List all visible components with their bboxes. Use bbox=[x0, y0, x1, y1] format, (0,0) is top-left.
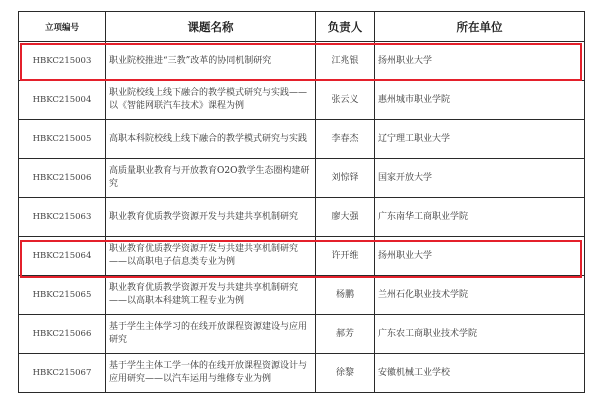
cell-project-title: 高质量职业教育与开放教育O2O教学生态圈构建研究 bbox=[106, 159, 316, 198]
cell-unit: 安徽机械工业学校 bbox=[375, 354, 585, 393]
cell-project-id: HBKC215066 bbox=[19, 315, 106, 354]
table-row: HBKC215006 高质量职业教育与开放教育O2O教学生态圈构建研究 刘惊铎 … bbox=[19, 159, 585, 198]
cell-lead: 张云义 bbox=[316, 81, 375, 120]
cell-lead: 江兆银 bbox=[316, 42, 375, 81]
header-project-title: 课题名称 bbox=[106, 12, 316, 42]
table-row: HBKC215066 基于学生主体学习的在线开放课程资源建设与应用研究 郝芳 广… bbox=[19, 315, 585, 354]
table-row: HBKC215067 基于学生主体工学一体的在线开放课程资源设计与应用研究——以… bbox=[19, 354, 585, 393]
cell-project-id: HBKC215005 bbox=[19, 120, 106, 159]
header-lead: 负责人 bbox=[316, 12, 375, 42]
cell-unit: 国家开放大学 bbox=[375, 159, 585, 198]
cell-unit: 辽宁理工职业大学 bbox=[375, 120, 585, 159]
cell-project-id: HBKC215063 bbox=[19, 198, 106, 237]
cell-project-id: HBKC215004 bbox=[19, 81, 106, 120]
table-row: HBKC215063 职业教育优质教学资源开发与共建共享机制研究 廖大强 广东南… bbox=[19, 198, 585, 237]
cell-project-id: HBKC215064 bbox=[19, 237, 106, 276]
cell-lead: 许开维 bbox=[316, 237, 375, 276]
header-unit: 所在单位 bbox=[375, 12, 585, 42]
project-table: 立项编号 课题名称 负责人 所在单位 HBKC215003 职业院校推进“三教”… bbox=[18, 11, 585, 393]
table-row: HBKC215064 职业教育优质教学资源开发与共建共享机制研究——以高职电子信… bbox=[19, 237, 585, 276]
table-row: HBKC215004 职业院校线上线下融合的教学模式研究与实践——以《智能网联汽… bbox=[19, 81, 585, 120]
cell-unit: 广东农工商职业技术学院 bbox=[375, 315, 585, 354]
cell-lead: 杨鹏 bbox=[316, 276, 375, 315]
cell-project-title: 基于学生主体工学一体的在线开放课程资源设计与应用研究——以汽车运用与维修专业为例 bbox=[106, 354, 316, 393]
cell-project-title: 职业教育优质教学资源开发与共建共享机制研究——以高职电子信息类专业为例 bbox=[106, 237, 316, 276]
cell-unit: 扬州职业大学 bbox=[375, 42, 585, 81]
cell-project-title: 职业教育优质教学资源开发与共建共享机制研究 bbox=[106, 198, 316, 237]
cell-project-id: HBKC215067 bbox=[19, 354, 106, 393]
cell-project-id: HBKC215003 bbox=[19, 42, 106, 81]
cell-lead: 李春杰 bbox=[316, 120, 375, 159]
cell-lead: 郝芳 bbox=[316, 315, 375, 354]
cell-unit: 惠州城市职业学院 bbox=[375, 81, 585, 120]
cell-project-title: 职业院校推进“三教”改革的协同机制研究 bbox=[106, 42, 316, 81]
cell-unit: 广东南华工商职业学院 bbox=[375, 198, 585, 237]
table-header-row: 立项编号 课题名称 负责人 所在单位 bbox=[19, 12, 585, 42]
cell-unit: 兰州石化职业技术学院 bbox=[375, 276, 585, 315]
cell-lead: 刘惊铎 bbox=[316, 159, 375, 198]
cell-project-id: HBKC215006 bbox=[19, 159, 106, 198]
cell-lead: 徐黎 bbox=[316, 354, 375, 393]
table-row: HBKC215065 职业教育优质教学资源开发与共建共享机制研究——以高职本科建… bbox=[19, 276, 585, 315]
cell-project-id: HBKC215065 bbox=[19, 276, 106, 315]
cell-project-title: 职业教育优质教学资源开发与共建共享机制研究——以高职本科建筑工程专业为例 bbox=[106, 276, 316, 315]
cell-project-title: 高职本科院校线上线下融合的教学模式研究与实践 bbox=[106, 120, 316, 159]
cell-lead: 廖大强 bbox=[316, 198, 375, 237]
cell-project-title: 职业院校线上线下融合的教学模式研究与实践——以《智能网联汽车技术》课程为例 bbox=[106, 81, 316, 120]
cell-unit: 扬州职业大学 bbox=[375, 237, 585, 276]
table-row: HBKC215005 高职本科院校线上线下融合的教学模式研究与实践 李春杰 辽宁… bbox=[19, 120, 585, 159]
table-row: HBKC215003 职业院校推进“三教”改革的协同机制研究 江兆银 扬州职业大… bbox=[19, 42, 585, 81]
header-project-id: 立项编号 bbox=[19, 12, 106, 42]
cell-project-title: 基于学生主体学习的在线开放课程资源建设与应用研究 bbox=[106, 315, 316, 354]
